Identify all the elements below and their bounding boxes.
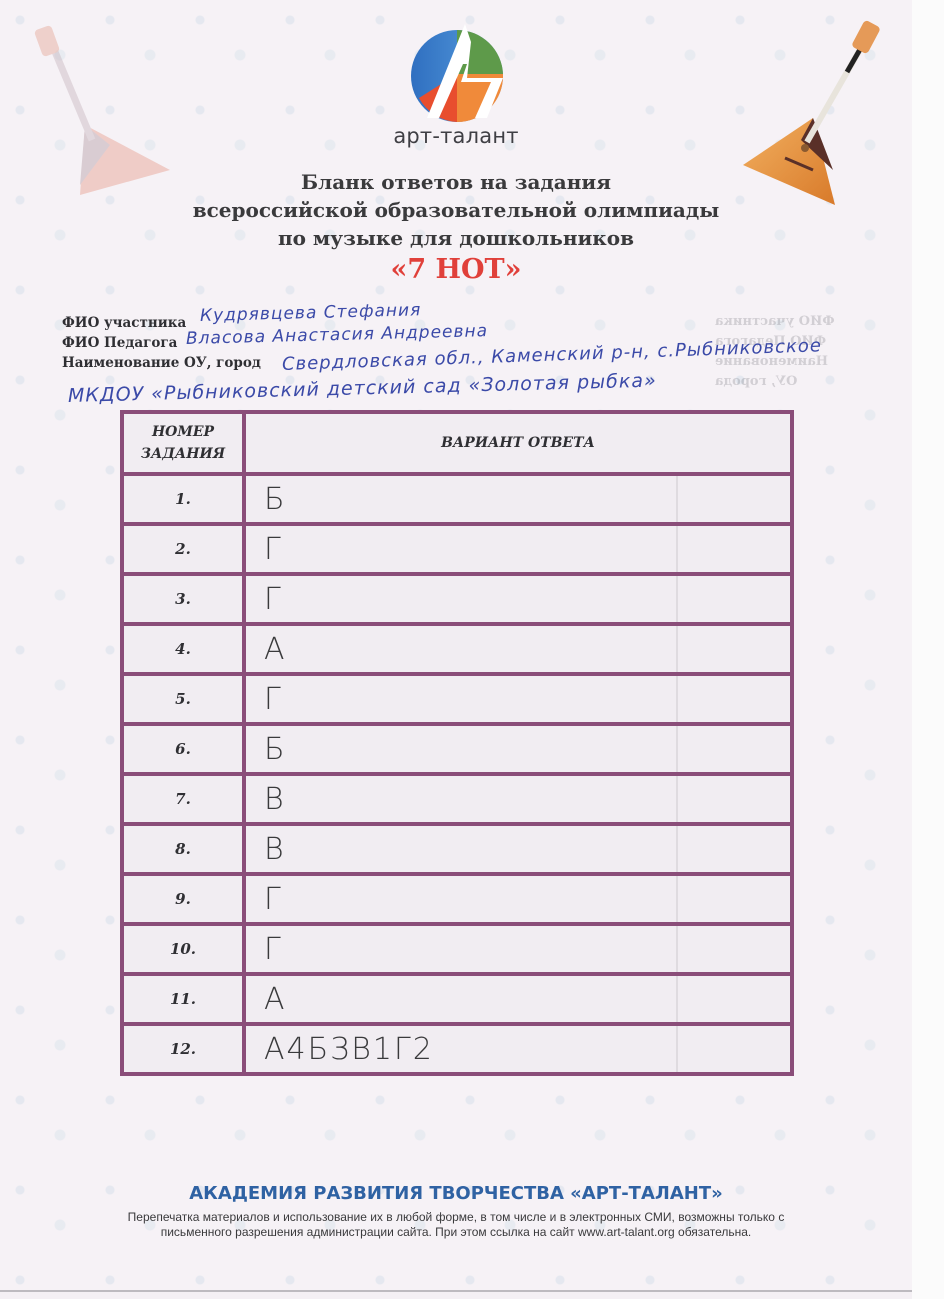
show-through-line bbox=[676, 776, 678, 822]
task-number: 1. bbox=[124, 476, 242, 522]
mirror-label: ФИО участника bbox=[715, 312, 855, 332]
show-through-line bbox=[676, 526, 678, 572]
footer-copyright: Перепечатка материалов и использование и… bbox=[60, 1210, 852, 1240]
answer-value: Г bbox=[264, 532, 283, 567]
answer-value: В bbox=[264, 782, 286, 817]
show-through-line bbox=[676, 1026, 678, 1072]
answer-value: А bbox=[264, 632, 287, 667]
answer-field[interactable]: Б bbox=[246, 476, 790, 522]
show-through-line bbox=[676, 976, 678, 1022]
olympiad-name: «7 НОТ» bbox=[0, 254, 912, 285]
title-line-1: Бланк ответов на задания bbox=[0, 168, 912, 196]
show-through-line bbox=[676, 676, 678, 722]
answer-field[interactable]: В bbox=[246, 826, 790, 872]
show-through-line bbox=[676, 926, 678, 972]
answer-field[interactable]: Б bbox=[246, 726, 790, 772]
answer-field[interactable]: Г bbox=[246, 526, 790, 572]
answer-field[interactable]: А bbox=[246, 976, 790, 1022]
footer-line-2: письменного разрешения администрации сай… bbox=[60, 1225, 852, 1240]
footer-line-1: Перепечатка материалов и использование и… bbox=[60, 1210, 852, 1225]
answer-value: Б bbox=[264, 732, 287, 767]
task-number: 7. bbox=[124, 776, 242, 822]
task-number: 4. bbox=[124, 626, 242, 672]
header-answer: ВАРИАНТ ОТВЕТА bbox=[246, 414, 790, 472]
answer-field[interactable]: В bbox=[246, 776, 790, 822]
answer-value: Г bbox=[264, 882, 283, 917]
task-number: 11. bbox=[124, 976, 242, 1022]
answer-value: Г bbox=[264, 682, 283, 717]
task-number: 3. bbox=[124, 576, 242, 622]
answer-field[interactable]: Г bbox=[246, 876, 790, 922]
sheet-title: Бланк ответов на задания всероссийской о… bbox=[0, 168, 912, 252]
answer-value: Б bbox=[264, 482, 287, 517]
task-number: 8. bbox=[124, 826, 242, 872]
footer-title: АКАДЕМИЯ РАЗВИТИЯ ТВОРЧЕСТВА «АРТ-ТАЛАНТ… bbox=[0, 1183, 912, 1204]
task-number: 9. bbox=[124, 876, 242, 922]
art-talant-logo-icon bbox=[405, 22, 509, 126]
answer-value: В bbox=[264, 832, 286, 867]
answer-value: Г bbox=[264, 582, 283, 617]
header-task-number: НОМЕР ЗАДАНИЯ bbox=[124, 414, 242, 472]
show-through-line bbox=[676, 826, 678, 872]
answer-value: А4БЗВ1Г2 bbox=[264, 1032, 434, 1067]
title-line-2: всероссийской образовательной олимпиады bbox=[0, 196, 912, 224]
task-number: 6. bbox=[124, 726, 242, 772]
task-number: 12. bbox=[124, 1026, 242, 1072]
answer-field[interactable]: Г bbox=[246, 926, 790, 972]
title-line-3: по музыке для дошкольников bbox=[0, 224, 912, 252]
show-through-line bbox=[676, 626, 678, 672]
answer-sheet: арт-талант Бланк ответов на задания всер… bbox=[0, 0, 912, 1292]
answer-value: Г bbox=[264, 932, 283, 967]
scan-margin bbox=[912, 0, 944, 1299]
answers-table: НОМЕР ЗАДАНИЯ ВАРИАНТ ОТВЕТА 1.Б2.Г3.Г4.… bbox=[120, 410, 794, 1076]
answer-field[interactable]: Г bbox=[246, 576, 790, 622]
answer-value: А bbox=[264, 982, 287, 1017]
task-number: 2. bbox=[124, 526, 242, 572]
show-through-line bbox=[676, 476, 678, 522]
answer-field[interactable]: А4БЗВ1Г2 bbox=[246, 1026, 790, 1072]
show-through-line bbox=[676, 876, 678, 922]
header-number-line-1: НОМЕР bbox=[141, 421, 225, 443]
header-number-line-2: ЗАДАНИЯ bbox=[141, 443, 225, 465]
answer-field[interactable]: А bbox=[246, 626, 790, 672]
school-label: Наименование ОУ, город bbox=[62, 353, 261, 373]
answer-field[interactable]: Г bbox=[246, 676, 790, 722]
task-number: 10. bbox=[124, 926, 242, 972]
show-through-line bbox=[676, 576, 678, 622]
show-through-line bbox=[676, 726, 678, 772]
task-number: 5. bbox=[124, 676, 242, 722]
